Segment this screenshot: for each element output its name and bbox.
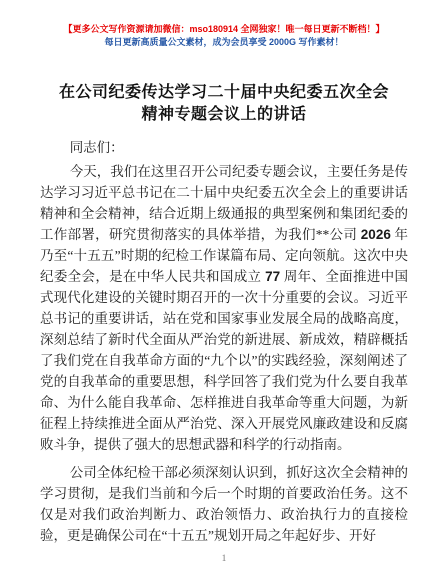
page-number: 1 — [0, 554, 448, 564]
ad-notice-line1: 【更多公文写作资源请加微信：mso180914 全网独家！唯一每日更新不断档！】 — [0, 23, 448, 36]
paragraph-2: 公司全体纪检干部必须深刻认识到，抓好这次全会精神的学习贯彻，是我们当前和今后一个… — [40, 462, 408, 546]
ad-watermark-header: 【更多公文写作资源请加微信：mso180914 全网独家！唯一每日更新不断档！】… — [0, 0, 448, 49]
salutation: 同志们： — [40, 137, 408, 158]
document-page: 【更多公文写作资源请加微信：mso180914 全网独家！唯一每日更新不断档！】… — [0, 0, 448, 580]
document-body: 同志们： 今天，我们在这里召开公司纪委专题会议，主要任务是传达学习习近平总书记在… — [0, 137, 448, 546]
paragraph-1: 今天，我们在这里召开公司纪委专题会议，主要任务是传达学习习近平总书记在二十届中央… — [40, 161, 408, 455]
document-title: 在公司纪委传达学习二十届中央纪委五次全会 精神专题会议上的讲话 — [0, 82, 448, 126]
ad-notice-line2: 每日更新高质量公文素材，成为会员享受 2000G 写作素材！ — [0, 36, 448, 49]
